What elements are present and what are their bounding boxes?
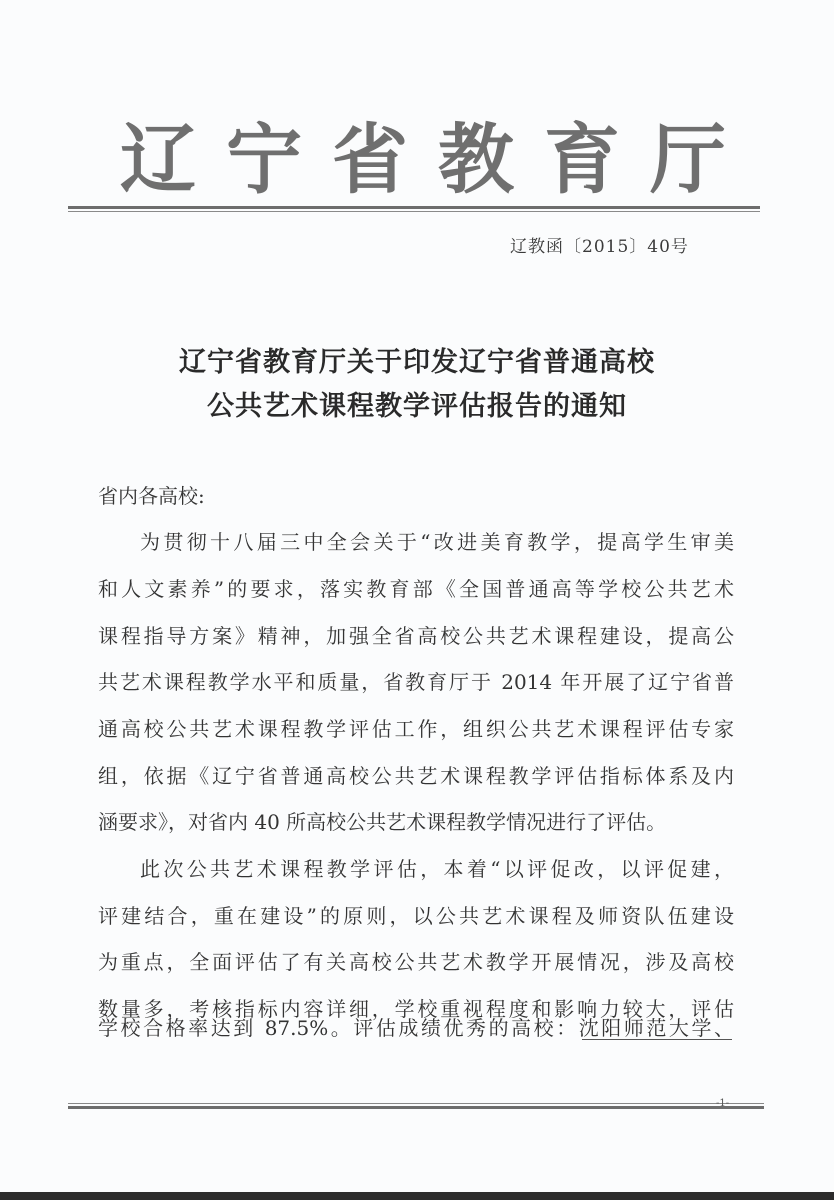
- masthead-char: 厅: [648, 99, 728, 208]
- body-line: 组，依据《辽宁省普通高校公共艺术课程教学评估指标体系及内: [98, 760, 734, 789]
- page-number: -1-: [716, 1098, 729, 1109]
- body-line: 为贯彻十八届三中全会关于“改进美育教学，提高学生审美: [140, 526, 734, 555]
- header-divider-thick: [68, 206, 760, 209]
- document-page: 辽 宁 省 教 育 厅 辽教函〔2015〕40号 辽宁省教育厅关于印发辽宁省普通…: [0, 0, 834, 1200]
- document-title-line-1: 辽宁省教育厅关于印发辽宁省普通高校: [0, 340, 834, 379]
- masthead-char: 育: [542, 99, 622, 208]
- body-line: 和人文素养”的要求，落实教育部《全国普通高等学校公共艺术: [98, 573, 734, 602]
- footer-divider-thin: [68, 1103, 764, 1104]
- salutation: 省内各高校:: [98, 480, 205, 509]
- body-line: 评建结合，重在建设”的原则，以公共艺术课程及师资队伍建设: [98, 900, 734, 929]
- masthead-char: 宁: [224, 99, 304, 208]
- header-divider: [68, 206, 760, 214]
- footer-divider: [68, 1103, 764, 1111]
- body-line: 此次公共艺术课程教学评估，本着“以评促改，以评促建，: [140, 853, 734, 882]
- body-line: 涵要求》，对省内 40 所高校公共艺术课程教学情况进行了评估。: [98, 806, 734, 835]
- masthead-title: 辽 宁 省 教 育 厅: [118, 108, 728, 198]
- body-line: 为重点，全面评估了有关高校公共艺术教学开展情况，涉及高校: [98, 946, 734, 975]
- masthead-char: 教: [436, 99, 516, 208]
- body-line: 课程指导方案》精神，加强全省高校公共艺术课程建设，提高公: [98, 620, 734, 649]
- document-number: 辽教函〔2015〕40号: [510, 232, 689, 257]
- body-line: 共艺术课程教学水平和质量，省教育厅于 2014 年开展了辽宁省普: [98, 666, 734, 695]
- document-title-line-2: 公共艺术课程教学评估报告的通知: [0, 384, 834, 423]
- footer-divider-thick: [68, 1106, 764, 1109]
- header-divider-thin: [68, 211, 760, 212]
- masthead-char: 省: [330, 99, 410, 208]
- body-line: 学校合格率达到 87.5%。评估成绩优秀的高校：沈阳师范大学、: [98, 1012, 734, 1041]
- scan-border: [0, 1192, 834, 1200]
- masthead-char: 辽: [118, 99, 198, 208]
- handwritten-underline: [582, 1039, 732, 1040]
- body-line: 通高校公共艺术课程教学评估工作，组织公共艺术课程评估专家: [98, 713, 734, 742]
